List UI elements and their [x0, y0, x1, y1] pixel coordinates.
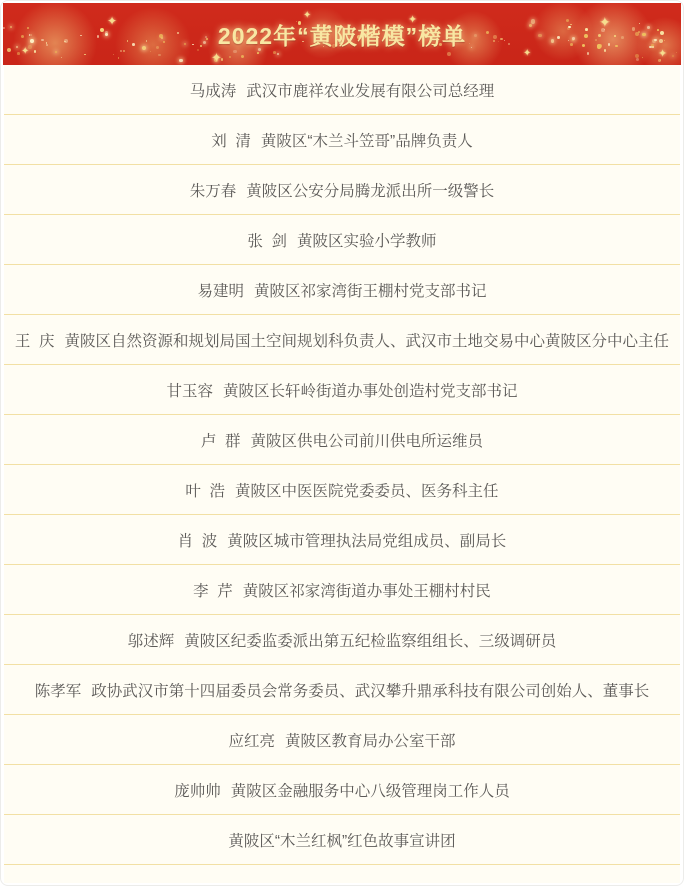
- list-item: 叶 浩黄陂区中医医院党委委员、医务科主任: [4, 465, 680, 515]
- list-item: 应红亮黄陂区教育局办公室干部: [4, 715, 680, 765]
- awardee-title: 黄陂区城市管理执法局党组成员、副局长: [227, 529, 506, 551]
- awardee-title: 黄陂区金融服务中心八级管理岗工作人员: [231, 779, 510, 801]
- list-item: 庞帅帅黄陂区金融服务中心八级管理岗工作人员: [4, 765, 680, 815]
- awardee-name: 肖 波: [178, 529, 218, 551]
- awardee-title: 黄陂区祁家湾街王棚村党支部书记: [254, 279, 487, 301]
- awardee-title: 黄陂区公安分局腾龙派出所一级警长: [246, 179, 494, 201]
- awardee-name: 叶 浩: [185, 479, 225, 501]
- honor-list: 马成涛武汉市鹿祥农业发展有限公司总经理刘 清黄陂区“木兰斗笠哥”品牌负责人朱万春…: [4, 65, 680, 865]
- list-footer: [4, 865, 680, 883]
- awardee-name: 张 剑: [247, 229, 287, 251]
- list-item: 李 芹黄陂区祁家湾街道办事处王棚村村民: [4, 565, 680, 615]
- awardee-title: 黄陂区“木兰红枫”红色故事宣讲团: [228, 829, 455, 851]
- awardee-name: 卢 群: [201, 429, 241, 451]
- banner-title: 2022年“黄陂楷模”榜单: [3, 3, 681, 65]
- awardee-name: 刘 清: [211, 129, 251, 151]
- awardee-title: 黄陂区教育局办公室干部: [285, 729, 456, 751]
- awardee-name: 易建明: [197, 279, 244, 301]
- awardee-name: 李 芹: [193, 579, 233, 601]
- awardee-name: 陈孝军: [35, 679, 82, 701]
- awardee-name: 朱万春: [190, 179, 237, 201]
- awardee-title: 黄陂区祁家湾街道办事处王棚村村民: [243, 579, 491, 601]
- awardee-title: 武汉市鹿祥农业发展有限公司总经理: [246, 79, 494, 101]
- list-item: 甘玉容黄陂区长轩岭街道办事处创造村党支部书记: [4, 365, 680, 415]
- awardee-name: 王 庆: [15, 329, 55, 351]
- list-item: 肖 波黄陂区城市管理执法局党组成员、副局长: [4, 515, 680, 565]
- awardee-title: 黄陂区纪委监委派出第五纪检监察组组长、三级调研员: [184, 629, 556, 651]
- awardee-title: 黄陂区供电公司前川供电所运维员: [251, 429, 484, 451]
- list-item: 陈孝军政协武汉市第十四届委员会常务委员、武汉攀升鼎承科技有限公司创始人、董事长: [4, 665, 680, 715]
- list-item: 易建明黄陂区祁家湾街王棚村党支部书记: [4, 265, 680, 315]
- list-item: 张 剑黄陂区实验小学教师: [4, 215, 680, 265]
- awardee-title: 黄陂区自然资源和规划局国土空间规划科负责人、武汉市土地交易中心黄陂区分中心主任: [65, 329, 670, 351]
- awardee-title: 黄陂区实验小学教师: [297, 229, 437, 251]
- awardee-title: 黄陂区中医医院党委委员、医务科主任: [235, 479, 499, 501]
- list-item: 卢 群黄陂区供电公司前川供电所运维员: [4, 415, 680, 465]
- list-item: 王 庆黄陂区自然资源和规划局国土空间规划科负责人、武汉市土地交易中心黄陂区分中心…: [4, 315, 680, 365]
- list-item: 刘 清黄陂区“木兰斗笠哥”品牌负责人: [4, 115, 680, 165]
- list-item: 邬述辉黄陂区纪委监委派出第五纪检监察组组长、三级调研员: [4, 615, 680, 665]
- awardee-title: 黄陂区“木兰斗笠哥”品牌负责人: [261, 129, 473, 151]
- awardee-name: 应红亮: [228, 729, 275, 751]
- awardee-name: 邬述辉: [128, 629, 175, 651]
- page: ✦✦✦✦✦✦✦✦ 2022年“黄陂楷模”榜单 马成涛武汉市鹿祥农业发展有限公司总…: [0, 0, 684, 886]
- awardee-name: 马成涛: [190, 79, 237, 101]
- awardee-title: 政协武汉市第十四届委员会常务委员、武汉攀升鼎承科技有限公司创始人、董事长: [91, 679, 649, 701]
- awardee-title: 黄陂区长轩岭街道办事处创造村党支部书记: [223, 379, 518, 401]
- awardee-name: 庞帅帅: [174, 779, 221, 801]
- banner: ✦✦✦✦✦✦✦✦ 2022年“黄陂楷模”榜单: [3, 3, 681, 65]
- list-item: 黄陂区“木兰红枫”红色故事宣讲团: [4, 815, 680, 865]
- list-item: 马成涛武汉市鹿祥农业发展有限公司总经理: [4, 65, 680, 115]
- list-item: 朱万春黄陂区公安分局腾龙派出所一级警长: [4, 165, 680, 215]
- awardee-name: 甘玉容: [166, 379, 213, 401]
